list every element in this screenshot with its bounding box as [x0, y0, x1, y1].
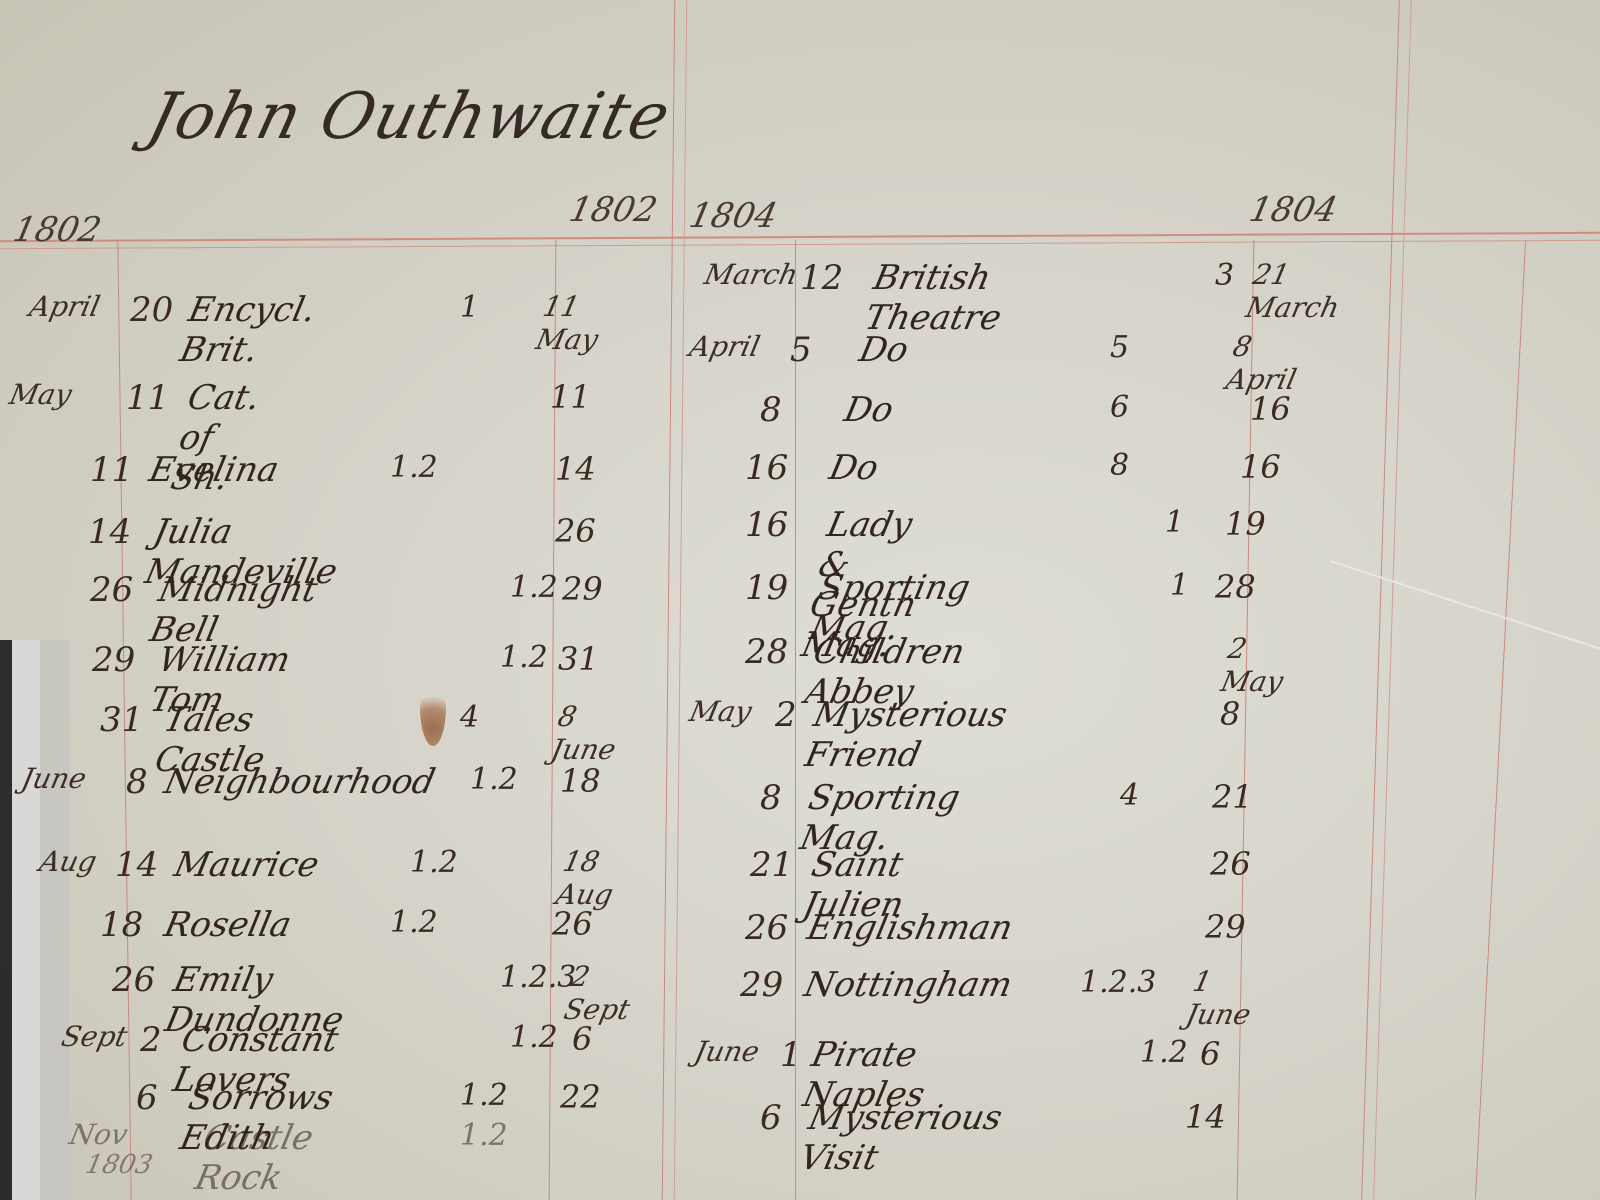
rule-far-right [1475, 241, 1526, 1200]
year-footnote: 1803 [83, 1150, 156, 1180]
year-right-1: 1804 [686, 196, 781, 236]
year-left-1: 1802 [10, 210, 105, 250]
ledger-page: John Outhwaite 1802 1802 1804 1804 April… [0, 0, 1600, 1200]
rule-center-b [674, 0, 688, 1200]
header-rule-2 [0, 240, 1600, 249]
year-right-2: 1804 [1246, 190, 1341, 230]
account-name: John Outhwaite [141, 80, 678, 154]
ink-stain [420, 690, 446, 746]
rule-right-a [1361, 0, 1400, 1199]
year-left-2: 1802 [566, 190, 661, 230]
rule-center-a [662, 0, 676, 1200]
book-binding [0, 640, 70, 1200]
paper-fold [1330, 560, 1600, 655]
